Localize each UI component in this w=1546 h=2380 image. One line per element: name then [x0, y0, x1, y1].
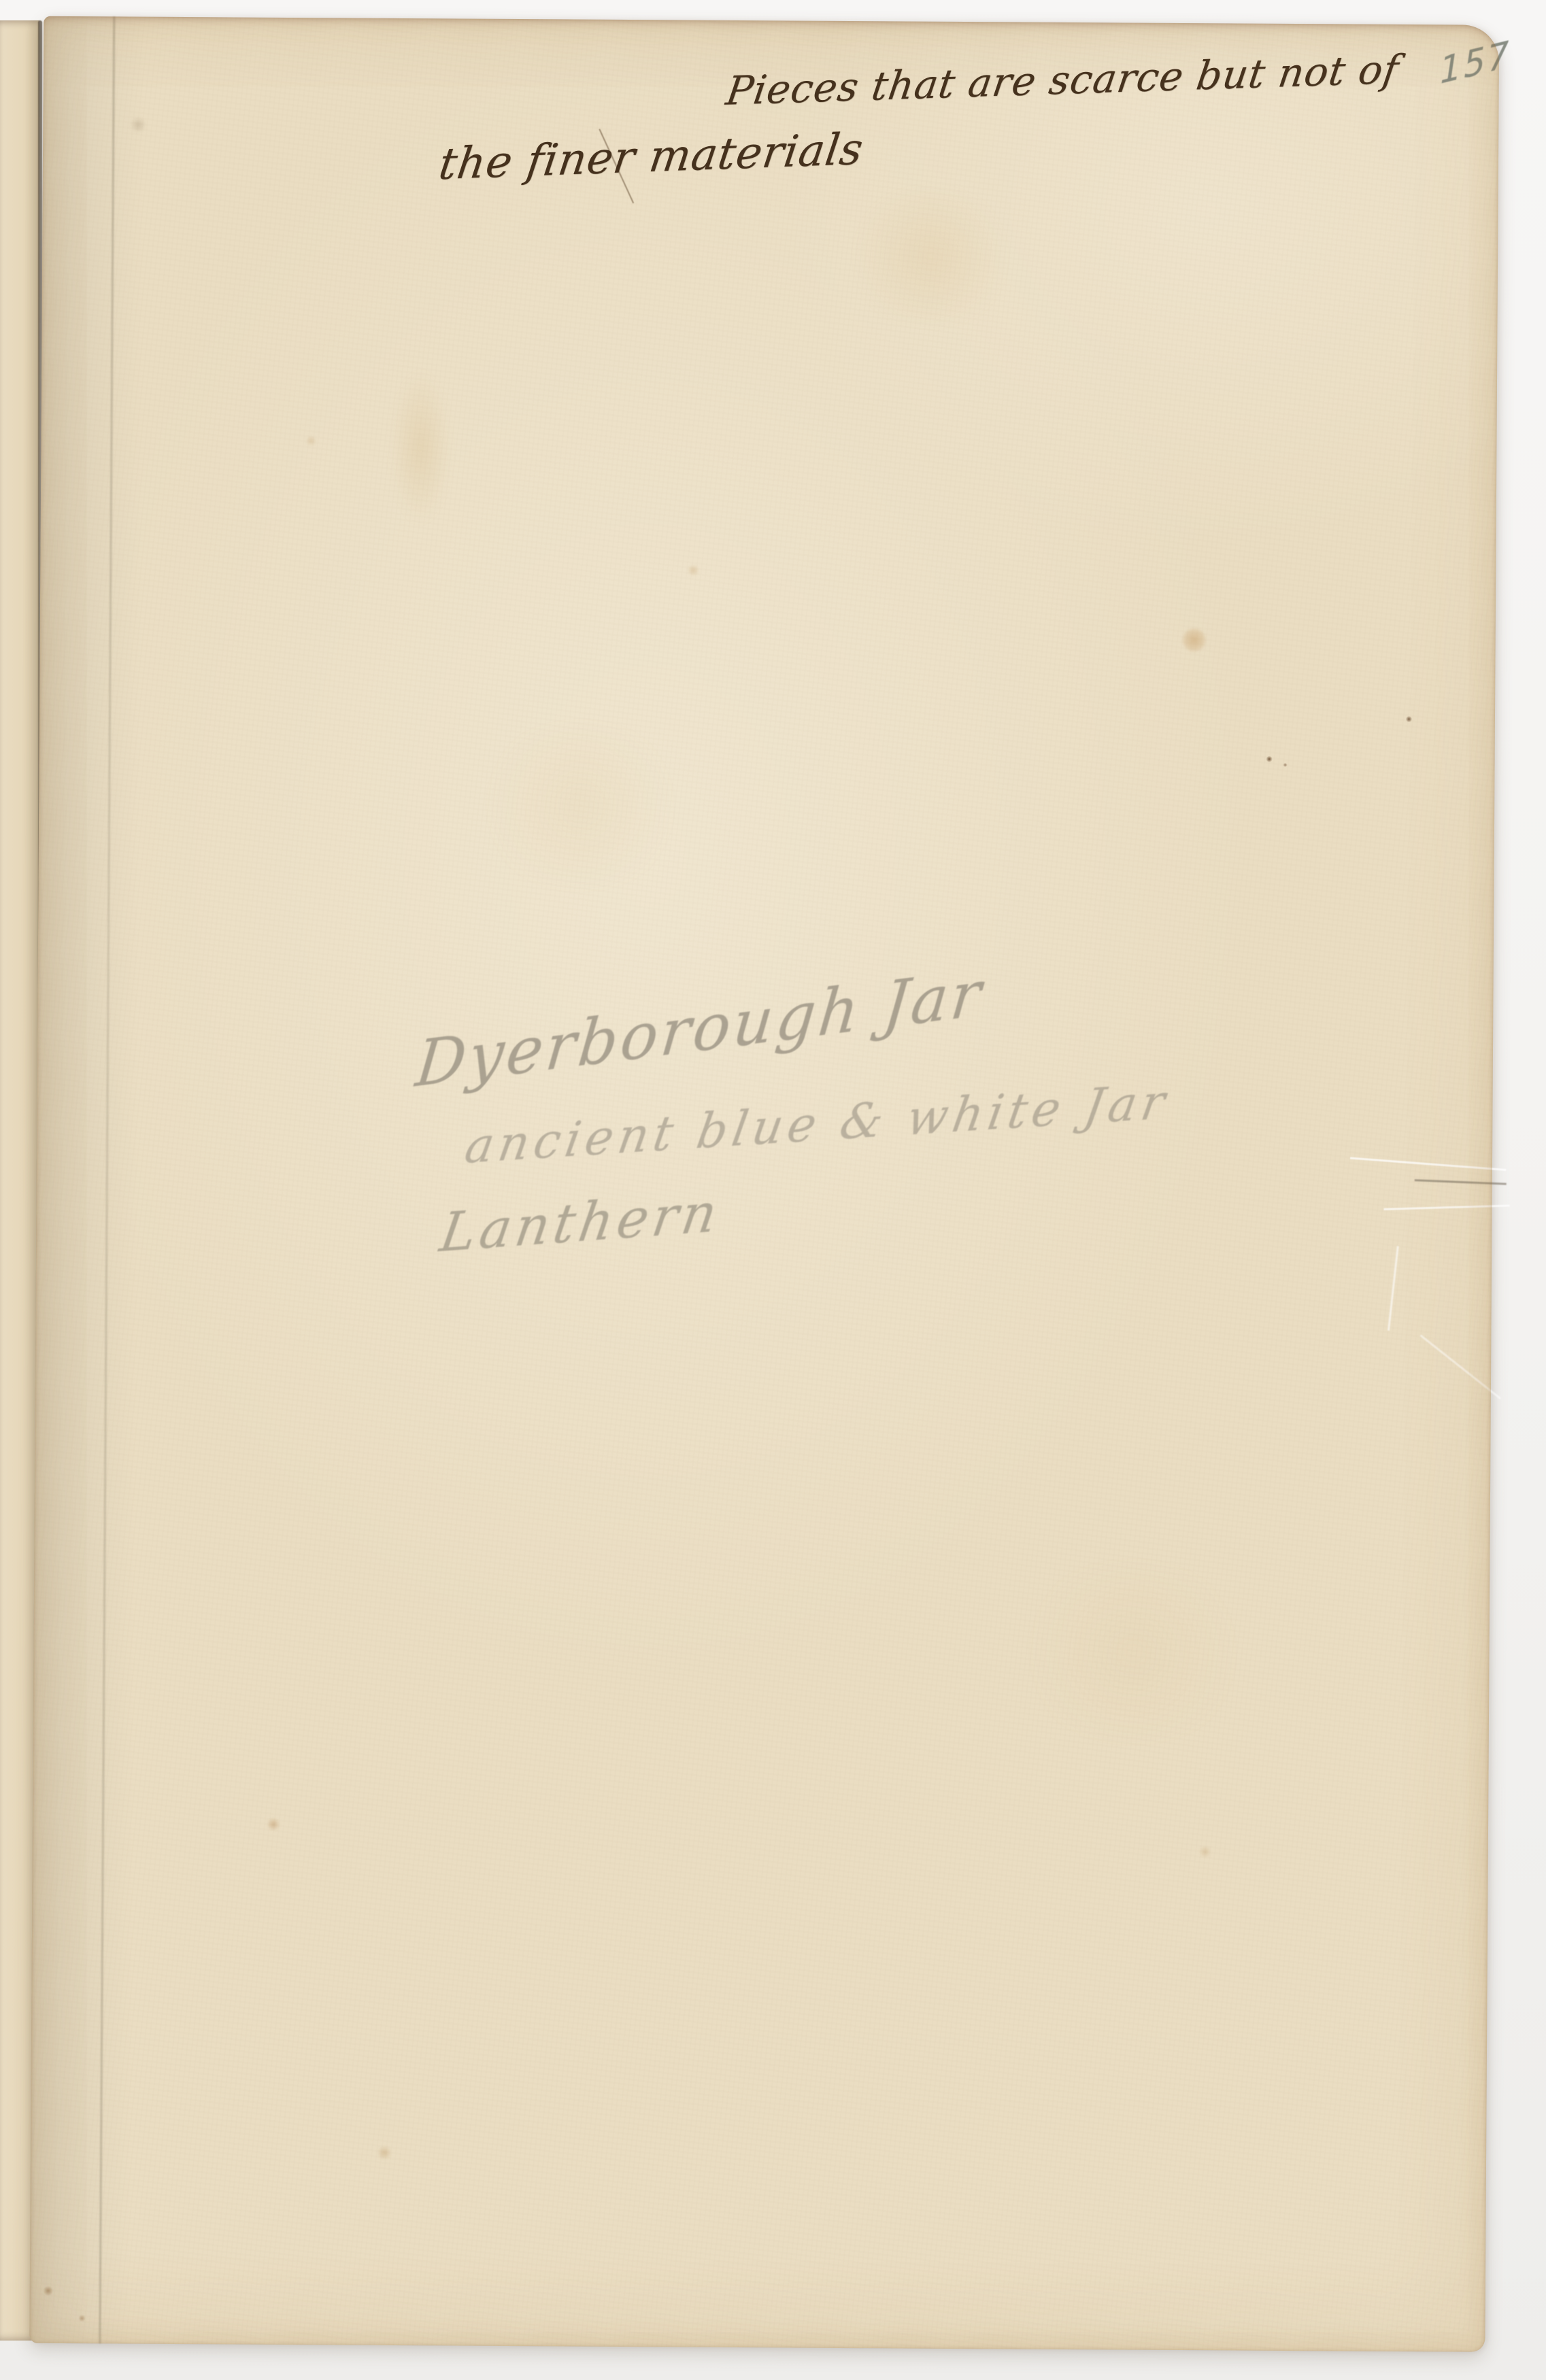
paper-stain [1010, 1563, 1256, 1741]
crease-crack-line [1420, 1334, 1501, 1399]
crease-crack-line [1384, 1204, 1510, 1210]
paper-stain [471, 724, 689, 888]
foxing-spot [1199, 1846, 1211, 1858]
foxing-spot [687, 564, 699, 577]
page-number-pencil: 157 [1439, 33, 1512, 92]
crease-shadow-line [1415, 1179, 1507, 1185]
foxing-spot [130, 117, 146, 133]
foxing-spot [377, 2145, 392, 2160]
ink-annotation-line-2: the finer materials [436, 124, 867, 190]
ink-annotation-line-1: Pieces that are scarce but not of [723, 46, 1402, 114]
foxing-spot [79, 2315, 86, 2322]
pencil-annotation-line-1: Dyerborough Jar [413, 956, 988, 1102]
crease-crack-line [1388, 1246, 1399, 1331]
foxing-spot [305, 435, 316, 446]
pencil-annotation-line-2: ancient blue & white Jar [461, 1074, 1174, 1175]
manuscript-page: Pieces that are scarce but not of the fi… [29, 16, 1499, 2352]
page-edge-vignette [29, 16, 1499, 2352]
foxing-spot [1406, 716, 1412, 722]
pencil-annotation-line-3: Lanthern [436, 1182, 725, 1264]
paper-stain [390, 369, 452, 526]
foxing-spot [44, 2286, 53, 2296]
foxing-spot [1283, 763, 1288, 767]
photo-backdrop: Pieces that are scarce but not of the fi… [0, 0, 1546, 2380]
paper-texture [29, 16, 1499, 2352]
foxing-spot [1182, 628, 1207, 652]
gutter-fold-band [29, 16, 146, 2344]
paper-stain [841, 188, 1019, 326]
foxing-spot [1266, 756, 1273, 762]
foxing-spot [267, 1818, 280, 1831]
crease-crack-line [1350, 1157, 1507, 1171]
fold-crease-line [99, 16, 115, 2343]
